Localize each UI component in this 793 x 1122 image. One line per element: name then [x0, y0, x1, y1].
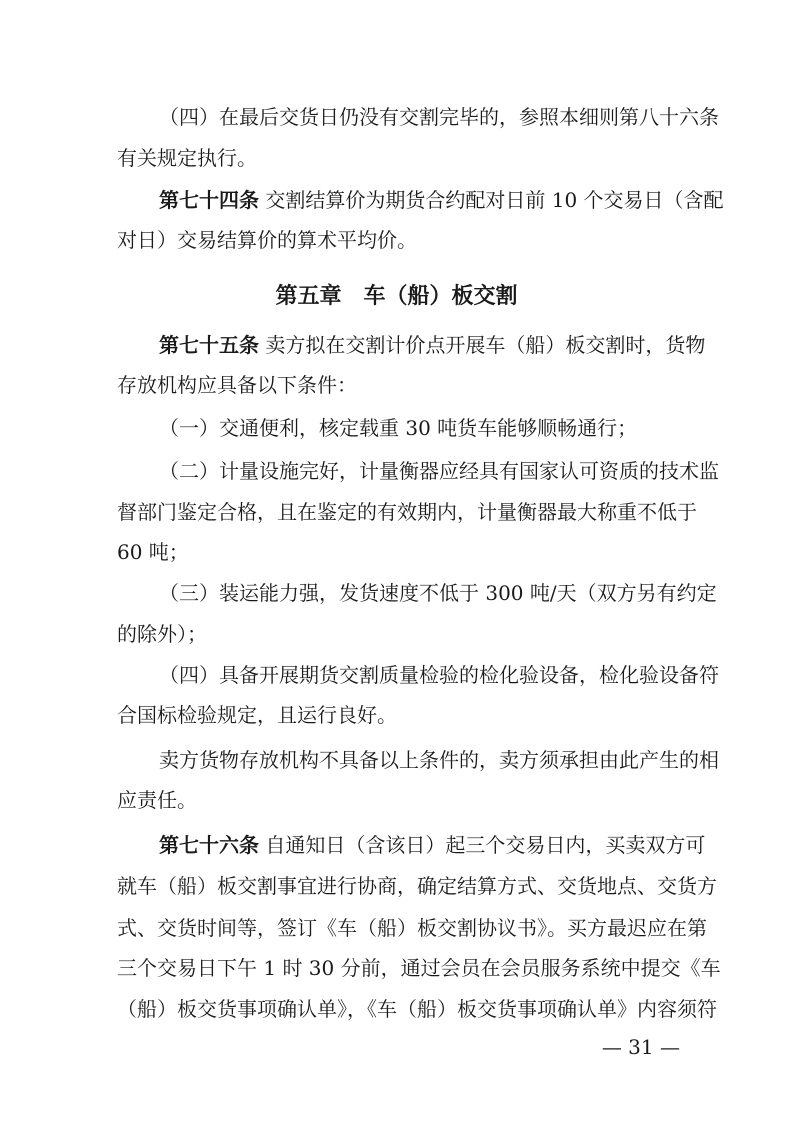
paragraph-line: 存放机构应具备以下条件：	[117, 373, 677, 397]
list-item-4: （四）具备开展期货交割质量检验的检化验设备，检化验设备符	[159, 663, 677, 687]
paragraph-line: 卖方货物存放机构不具备以上条件的，卖方须承担由此产生的相	[159, 748, 677, 772]
list-item-2: （二）计量设施完好，计量衡器应经具有国家认可资质的技术监	[159, 459, 677, 483]
paragraph-line: 应责任。	[117, 788, 677, 812]
paragraph-line: （船）板交货事项确认单》，《车（船）板交货事项确认单》内容须符	[117, 997, 677, 1021]
list-item-3: （三）装运能力强，发货速度不低于 300 吨/天（双方另有约定	[159, 581, 677, 605]
paragraph-line: 式、交货时间等，签订《车（船）板交割协议书》。买方最迟应在第	[117, 916, 677, 940]
article-label: 第七十五条	[159, 333, 259, 357]
paragraph-line: 督部门鉴定合格，且在鉴定的有效期内，计量衡器最大称重不低于	[117, 500, 677, 524]
article-text: 交割结算价为期货合约配对日前 10 个交易日（含配	[265, 188, 723, 212]
article-75: 第七十五条 卖方拟在交割计价点开展车（船）板交割时，货物	[159, 333, 677, 357]
page-number: — 31 —	[590, 1035, 680, 1059]
article-label: 第七十四条	[159, 188, 259, 212]
paragraph-line: 60 吨；	[117, 540, 677, 564]
paragraph-line: 三个交易日下午 1 时 30 分前，通过会员在会员服务系统中提交《车	[117, 956, 677, 980]
paragraph-line: 对日）交易结算价的算术平均价。	[117, 228, 677, 252]
article-76: 第七十六条 自通知日（含该日）起三个交易日内，买卖双方可	[159, 833, 677, 857]
article-label: 第七十六条	[159, 833, 259, 857]
paragraph-line: 合国标检验规定，且运行良好。	[117, 703, 677, 727]
paragraph-line: 的除外）；	[117, 622, 677, 646]
list-item-1: （一）交通便利，核定载重 30 吨货车能够顺畅通行；	[159, 416, 677, 440]
article-74: 第七十四条 交割结算价为期货合约配对日前 10 个交易日（含配	[159, 188, 677, 212]
chapter-heading: 第五章 车（船）板交割	[0, 284, 793, 310]
paragraph-line: 有关规定执行。	[117, 146, 677, 170]
paragraph-line: （四）在最后交货日仍没有交割完毕的，参照本细则第八十六条	[159, 105, 677, 129]
article-text: 卖方拟在交割计价点开展车（船）板交割时，货物	[265, 333, 705, 357]
paragraph-line: 就车（船）板交割事宜进行协商，确定结算方式、交货地点、交货方	[117, 874, 677, 898]
article-text: 自通知日（含该日）起三个交易日内，买卖双方可	[265, 833, 705, 857]
